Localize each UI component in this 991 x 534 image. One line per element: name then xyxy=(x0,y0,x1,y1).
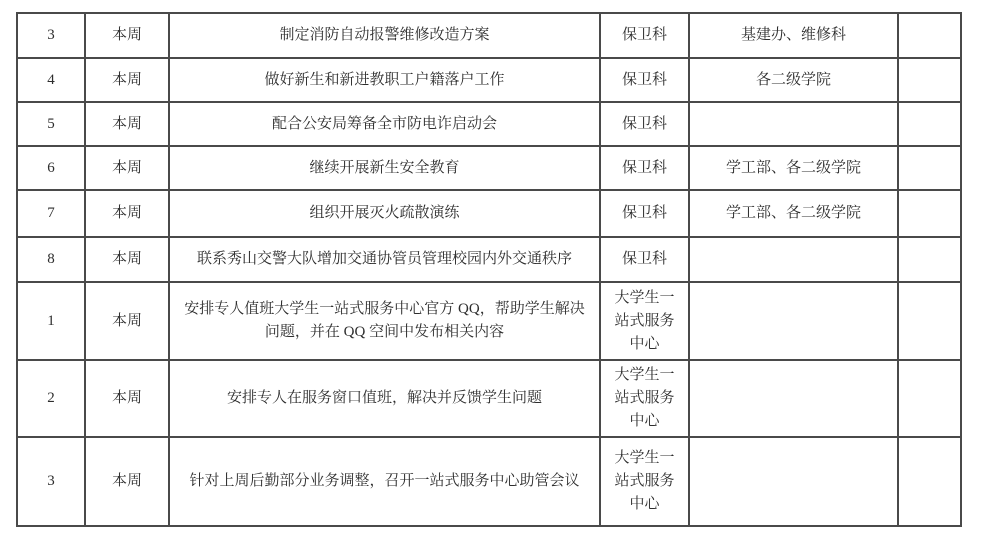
cell-remark xyxy=(898,58,961,102)
cell-lead-department: 保卫科 xyxy=(600,190,689,237)
cell-serial-number: 5 xyxy=(17,102,85,146)
cell-lead-department: 保卫科 xyxy=(600,146,689,190)
cell-remark xyxy=(898,282,961,360)
cell-remark xyxy=(898,13,961,58)
cell-time-period: 本周 xyxy=(85,360,169,437)
cell-lead-department: 大学生一站式服务中心 xyxy=(600,360,689,437)
cell-task-description: 配合公安局筹备全市防电诈启动会 xyxy=(169,102,600,146)
table-row: 3 本周 制定消防自动报警维修改造方案 保卫科 基建办、维修科 xyxy=(17,13,961,58)
weekly-task-table: 3 本周 制定消防自动报警维修改造方案 保卫科 基建办、维修科 4 本周 做好新… xyxy=(16,12,962,527)
table-row: 4 本周 做好新生和新进教职工户籍落户工作 保卫科 各二级学院 xyxy=(17,58,961,102)
cell-task-description: 做好新生和新进教职工户籍落户工作 xyxy=(169,58,600,102)
cell-task-description: 联系秀山交警大队增加交通协管员管理校园内外交通秩序 xyxy=(169,237,600,282)
cell-lead-department: 大学生一站式服务中心 xyxy=(600,437,689,526)
cell-serial-number: 2 xyxy=(17,360,85,437)
table-row: 1 本周 安排专人值班大学生一站式服务中心官方 QQ，帮助学生解决问题，并在 Q… xyxy=(17,282,961,360)
cell-task-description: 安排专人在服务窗口值班，解决并反馈学生问题 xyxy=(169,360,600,437)
cell-lead-department: 保卫科 xyxy=(600,58,689,102)
cell-cooperating-department xyxy=(689,282,898,360)
cell-serial-number: 3 xyxy=(17,437,85,526)
cell-task-description: 制定消防自动报警维修改造方案 xyxy=(169,13,600,58)
cell-serial-number: 7 xyxy=(17,190,85,237)
cell-remark xyxy=(898,102,961,146)
cell-task-description: 安排专人值班大学生一站式服务中心官方 QQ，帮助学生解决问题，并在 QQ 空间中… xyxy=(169,282,600,360)
cell-remark xyxy=(898,146,961,190)
cell-time-period: 本周 xyxy=(85,190,169,237)
cell-time-period: 本周 xyxy=(85,146,169,190)
cell-serial-number: 8 xyxy=(17,237,85,282)
cell-remark xyxy=(898,437,961,526)
cell-cooperating-department xyxy=(689,237,898,282)
cell-lead-department: 保卫科 xyxy=(600,102,689,146)
table-row: 3 本周 针对上周后勤部分业务调整，召开一站式服务中心助管会议 大学生一站式服务… xyxy=(17,437,961,526)
cell-time-period: 本周 xyxy=(85,237,169,282)
table-body: 3 本周 制定消防自动报警维修改造方案 保卫科 基建办、维修科 4 本周 做好新… xyxy=(17,13,961,526)
cell-time-period: 本周 xyxy=(85,13,169,58)
table-row: 5 本周 配合公安局筹备全市防电诈启动会 保卫科 xyxy=(17,102,961,146)
cell-serial-number: 1 xyxy=(17,282,85,360)
table-row: 6 本周 继续开展新生安全教育 保卫科 学工部、各二级学院 xyxy=(17,146,961,190)
cell-cooperating-department: 基建办、维修科 xyxy=(689,13,898,58)
table-row: 8 本周 联系秀山交警大队增加交通协管员管理校园内外交通秩序 保卫科 xyxy=(17,237,961,282)
cell-cooperating-department xyxy=(689,360,898,437)
table-row: 7 本周 组织开展灭火疏散演练 保卫科 学工部、各二级学院 xyxy=(17,190,961,237)
cell-time-period: 本周 xyxy=(85,437,169,526)
cell-remark xyxy=(898,360,961,437)
cell-remark xyxy=(898,237,961,282)
document-page: 3 本周 制定消防自动报警维修改造方案 保卫科 基建办、维修科 4 本周 做好新… xyxy=(0,0,991,534)
cell-lead-department: 大学生一站式服务中心 xyxy=(600,282,689,360)
cell-time-period: 本周 xyxy=(85,102,169,146)
cell-cooperating-department: 学工部、各二级学院 xyxy=(689,190,898,237)
cell-cooperating-department: 各二级学院 xyxy=(689,58,898,102)
cell-serial-number: 3 xyxy=(17,13,85,58)
cell-cooperating-department xyxy=(689,437,898,526)
table-row: 2 本周 安排专人在服务窗口值班，解决并反馈学生问题 大学生一站式服务中心 xyxy=(17,360,961,437)
cell-serial-number: 6 xyxy=(17,146,85,190)
cell-lead-department: 保卫科 xyxy=(600,13,689,58)
cell-remark xyxy=(898,190,961,237)
cell-cooperating-department xyxy=(689,102,898,146)
cell-task-description: 组织开展灭火疏散演练 xyxy=(169,190,600,237)
cell-time-period: 本周 xyxy=(85,58,169,102)
cell-task-description: 继续开展新生安全教育 xyxy=(169,146,600,190)
cell-task-description: 针对上周后勤部分业务调整，召开一站式服务中心助管会议 xyxy=(169,437,600,526)
cell-lead-department: 保卫科 xyxy=(600,237,689,282)
cell-time-period: 本周 xyxy=(85,282,169,360)
cell-cooperating-department: 学工部、各二级学院 xyxy=(689,146,898,190)
cell-serial-number: 4 xyxy=(17,58,85,102)
